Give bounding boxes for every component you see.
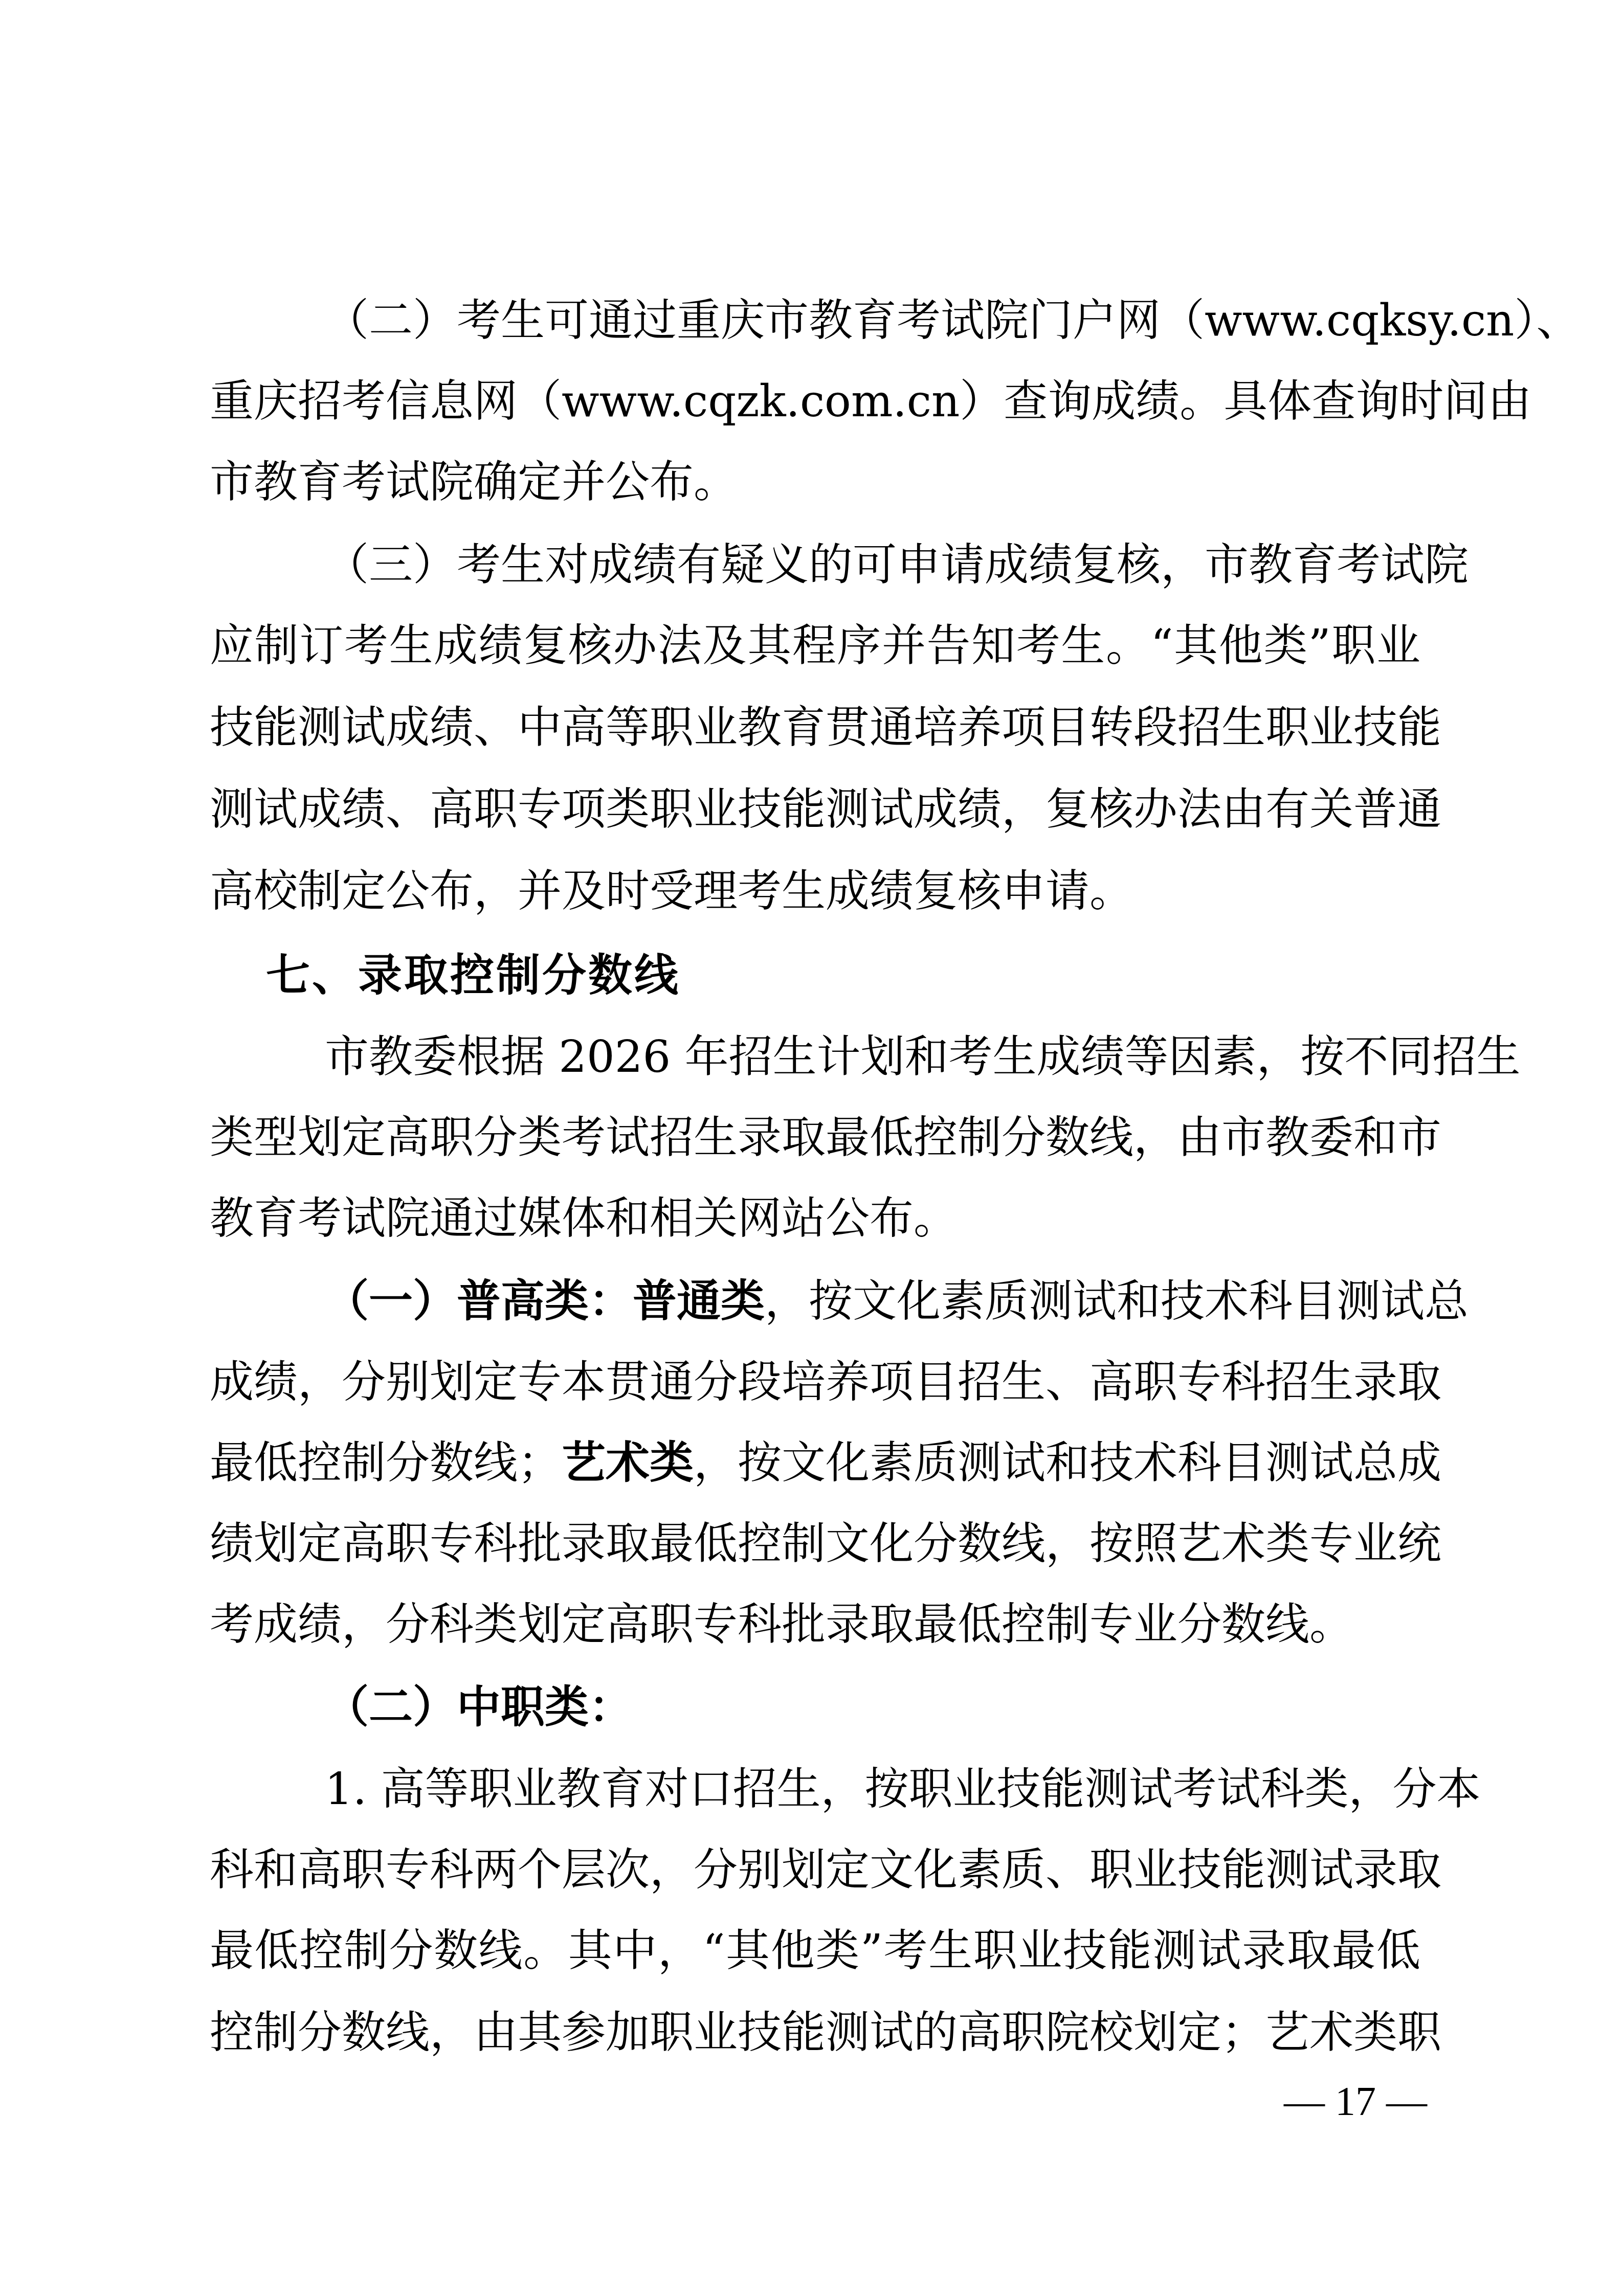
paragraph-score-review-line-4: 测试成绩、高职专项类职业技能测试成绩，复核办法由有关普通: [210, 776, 1420, 843]
page-number: — 17 —: [1269, 2076, 1427, 2127]
paragraph-score-query-line-1: （二）考生可通过重庆市教育考试院门户网（www.cqksy.cn）、: [325, 287, 1420, 354]
paragraph-score-review-line-5: 高校制定公布，并及时受理考生成绩复核申请。: [210, 858, 1420, 925]
line-text: ，按文化素质测试和技术科目测试总: [765, 1276, 1469, 1327]
bold-term-general-category: 普通类: [633, 1276, 765, 1327]
paragraph-general-high-school-line-4: 绩划定高职专科批录取最低控制文化分数线，按照艺术类专业统: [210, 1511, 1420, 1577]
document-page: （二）考生可通过重庆市教育考试院门户网（www.cqksy.cn）、 重庆招考信…: [0, 0, 1624, 2296]
line-text: 最低控制分数线；: [210, 1437, 562, 1489]
paragraph-secondary-vocational-line-3: 最低控制分数线。其中，“其他类”考生职业技能测试录取最低: [210, 1918, 1420, 1984]
paragraph-score-query-line-2: 重庆招考信息网（www.cqzk.com.cn）查询成绩。具体查询时间由: [210, 368, 1420, 435]
line-text: ，按文化素质测试和技术科目测试总成: [694, 1437, 1441, 1489]
paragraph-section7-intro-line-3: 教育考试院通过媒体和相关网站公布。: [210, 1185, 1420, 1252]
paragraph-secondary-vocational-line-4: 控制分数线，由其参加职业技能测试的高职院校划定；艺术类职: [210, 1999, 1420, 2066]
paragraph-section7-intro-line-2: 类型划定高职分类考试招生录取最低控制分数线，由市教委和市: [210, 1105, 1420, 1171]
paragraph-general-high-school-line-2: 成绩，分别划定专本贯通分段培养项目招生、高职专科招生录取: [210, 1349, 1420, 1415]
subheading-text: （二）中职类：: [325, 1682, 633, 1733]
paragraph-secondary-vocational-line-1: 1. 高等职业教育对口招生，按职业技能测试考试科类，分本: [325, 1756, 1420, 1822]
section-heading-admission-control-lines: 七、录取控制分数线: [266, 942, 1477, 1009]
paragraph-general-high-school-line-3: 最低控制分数线；艺术类，按文化素质测试和技术科目测试总成: [210, 1430, 1420, 1496]
paragraph-score-review-line-2: 应制订考生成绩复核办法及其程序并告知考生。“其他类”职业: [210, 613, 1420, 679]
paragraph-secondary-vocational-line-2: 科和高职专科两个层次，分别划定文化素质、职业技能测试录取: [210, 1837, 1420, 1903]
paragraph-section7-intro-line-1: 市教委根据 2026 年招生计划和考生成绩等因素，按不同招生: [325, 1024, 1420, 1090]
bold-lead-general-high-school: （一）普高类：: [325, 1276, 633, 1327]
paragraph-score-review-line-1: （三）考生对成绩有疑义的可申请成绩复核，市教育考试院: [325, 532, 1420, 598]
bold-term-art-category: 艺术类: [562, 1437, 694, 1489]
paragraph-general-high-school-line-1: （一）普高类：普通类，按文化素质测试和技术科目测试总: [325, 1268, 1420, 1335]
paragraph-score-query-line-3: 市教育考试院确定并公布。: [210, 449, 1420, 515]
paragraph-general-high-school-line-5: 考成绩，分科类划定高职专科批录取最低控制专业分数线。: [210, 1591, 1420, 1658]
subheading-secondary-vocational: （二）中职类：: [325, 1674, 1420, 1741]
paragraph-score-review-line-3: 技能测试成绩、中高等职业教育贯通培养项目转段招生职业技能: [210, 694, 1420, 761]
